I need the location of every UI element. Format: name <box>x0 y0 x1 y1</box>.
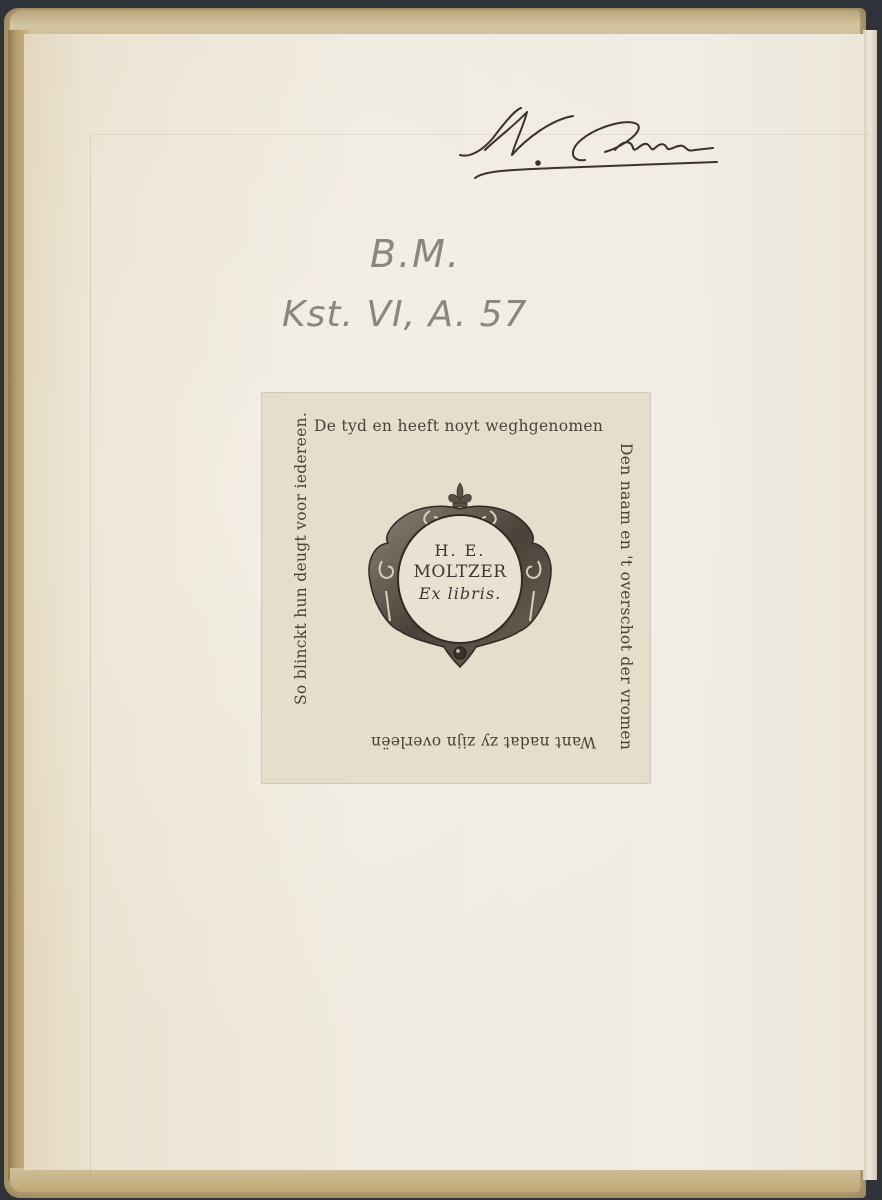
shelfmark-line-1: B.M. <box>370 232 461 276</box>
binding-turn-in-top <box>10 10 860 36</box>
owner-name: MOLTZER <box>402 562 518 582</box>
motto-top: De tyd en heeft noyt weghgenomen <box>314 417 603 435</box>
bookplate-owner: H. E. MOLTZER Ex libris. <box>402 541 518 603</box>
pencil-shelfmark: B.M. Kst. VI, A. 57 <box>280 232 530 352</box>
ex-libris-label: Ex libris. <box>402 584 518 603</box>
motto-bottom: Want nadat zy zijn overleën <box>371 733 596 751</box>
motto-left: So blinckt hun deugt voor iedereen. <box>292 412 310 705</box>
owner-initials: H. E. <box>402 541 518 560</box>
handwritten-signature: N. Rover <box>455 100 725 180</box>
ex-libris-bookplate: De tyd en heeft noyt weghgenomen Den naa… <box>262 393 650 783</box>
shelfmark-line-2: Kst. VI, A. 57 <box>282 294 528 335</box>
motto-right: Den naam en 't overschot der vromen <box>617 443 635 750</box>
fleur-de-lis-icon <box>449 483 472 507</box>
